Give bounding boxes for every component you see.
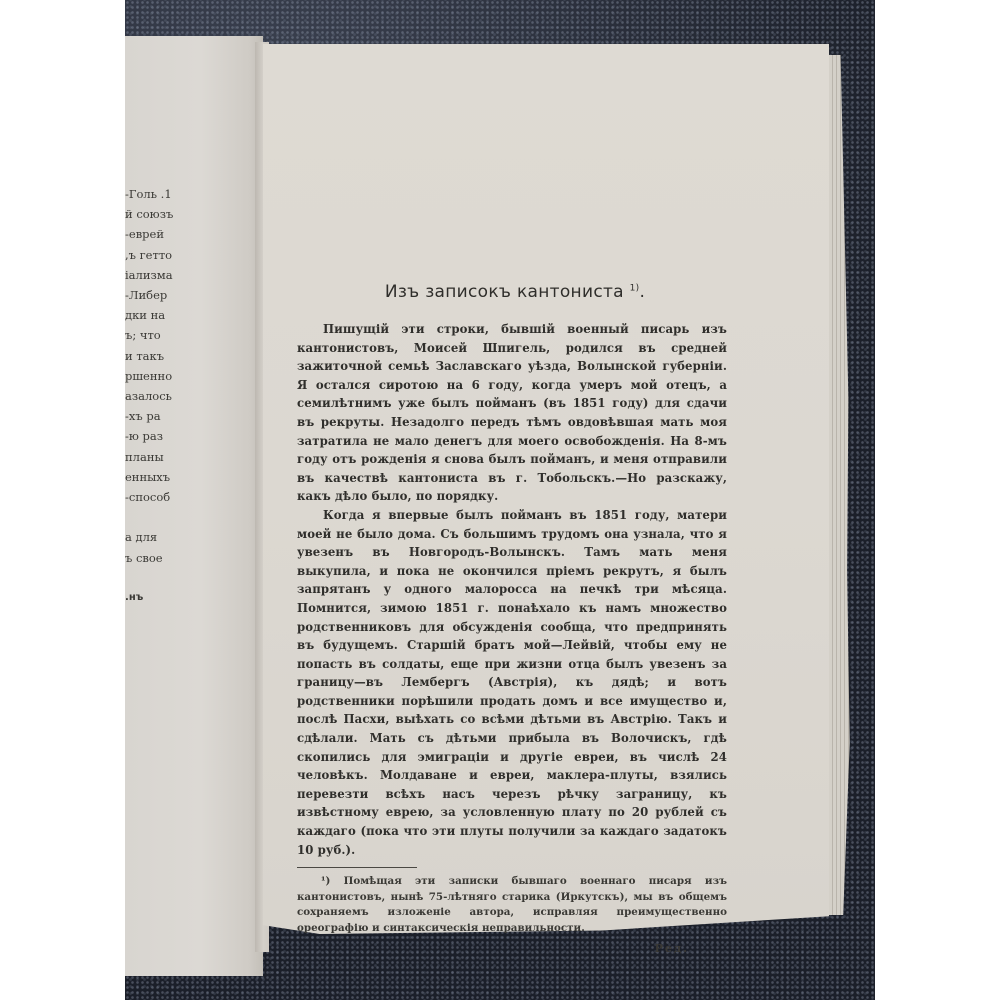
left-page-text: 1. Голь-й союзъеврей-ъ гетто,іализмаЛибе… (125, 184, 175, 608)
left-page-line: азалось (125, 386, 175, 406)
footnote-mark: 1) (630, 283, 640, 293)
editor-signature: Ред. (297, 942, 689, 955)
left-page-line: планы (125, 447, 175, 467)
left-page-line: енныхъ (125, 467, 175, 487)
paragraph-1: Пишущій эти строки, бывшій военный писар… (297, 320, 727, 506)
left-page-line: Либер- (125, 285, 175, 305)
chapter-title-text: Изъ записокъ кантониста (385, 282, 624, 302)
right-page-content: Изъ записокъ кантониста 1). Пишущій эти … (297, 282, 727, 955)
left-page-line: ршенно (125, 366, 175, 386)
left-page-line: еврей- (125, 224, 175, 244)
left-page-line: хъ ра- (125, 406, 175, 426)
left-page-line: и такъ (125, 346, 175, 366)
left-page-line: ю раз- (125, 426, 175, 446)
left-page-line (125, 507, 175, 527)
left-page-line: нъ. (125, 588, 175, 608)
left-page-line: іализма (125, 265, 175, 285)
left-page-line: ъ гетто, (125, 245, 175, 265)
footnote: ¹) Помѣщая эти записки бывшаго военнаго … (297, 874, 727, 936)
chapter-title: Изъ записокъ кантониста 1). (297, 282, 727, 302)
paragraph-2: Когда я впервые былъ пойманъ въ 1851 год… (297, 506, 727, 859)
left-page-line: ъ; что (125, 325, 175, 345)
left-page-line: а для (125, 527, 175, 547)
left-page-line: дки на (125, 305, 175, 325)
book-photo: 1. Голь-й союзъеврей-ъ гетто,іализмаЛибе… (125, 0, 875, 1000)
left-page: 1. Голь-й союзъеврей-ъ гетто,іализмаЛибе… (125, 36, 263, 976)
left-page-line: способ- (125, 487, 175, 507)
left-page-line (125, 568, 175, 588)
left-page-line: 1. Голь- (125, 184, 175, 204)
footnote-divider (297, 867, 417, 868)
left-page-line: ъ свое (125, 548, 175, 568)
left-page-line: й союзъ (125, 204, 175, 224)
